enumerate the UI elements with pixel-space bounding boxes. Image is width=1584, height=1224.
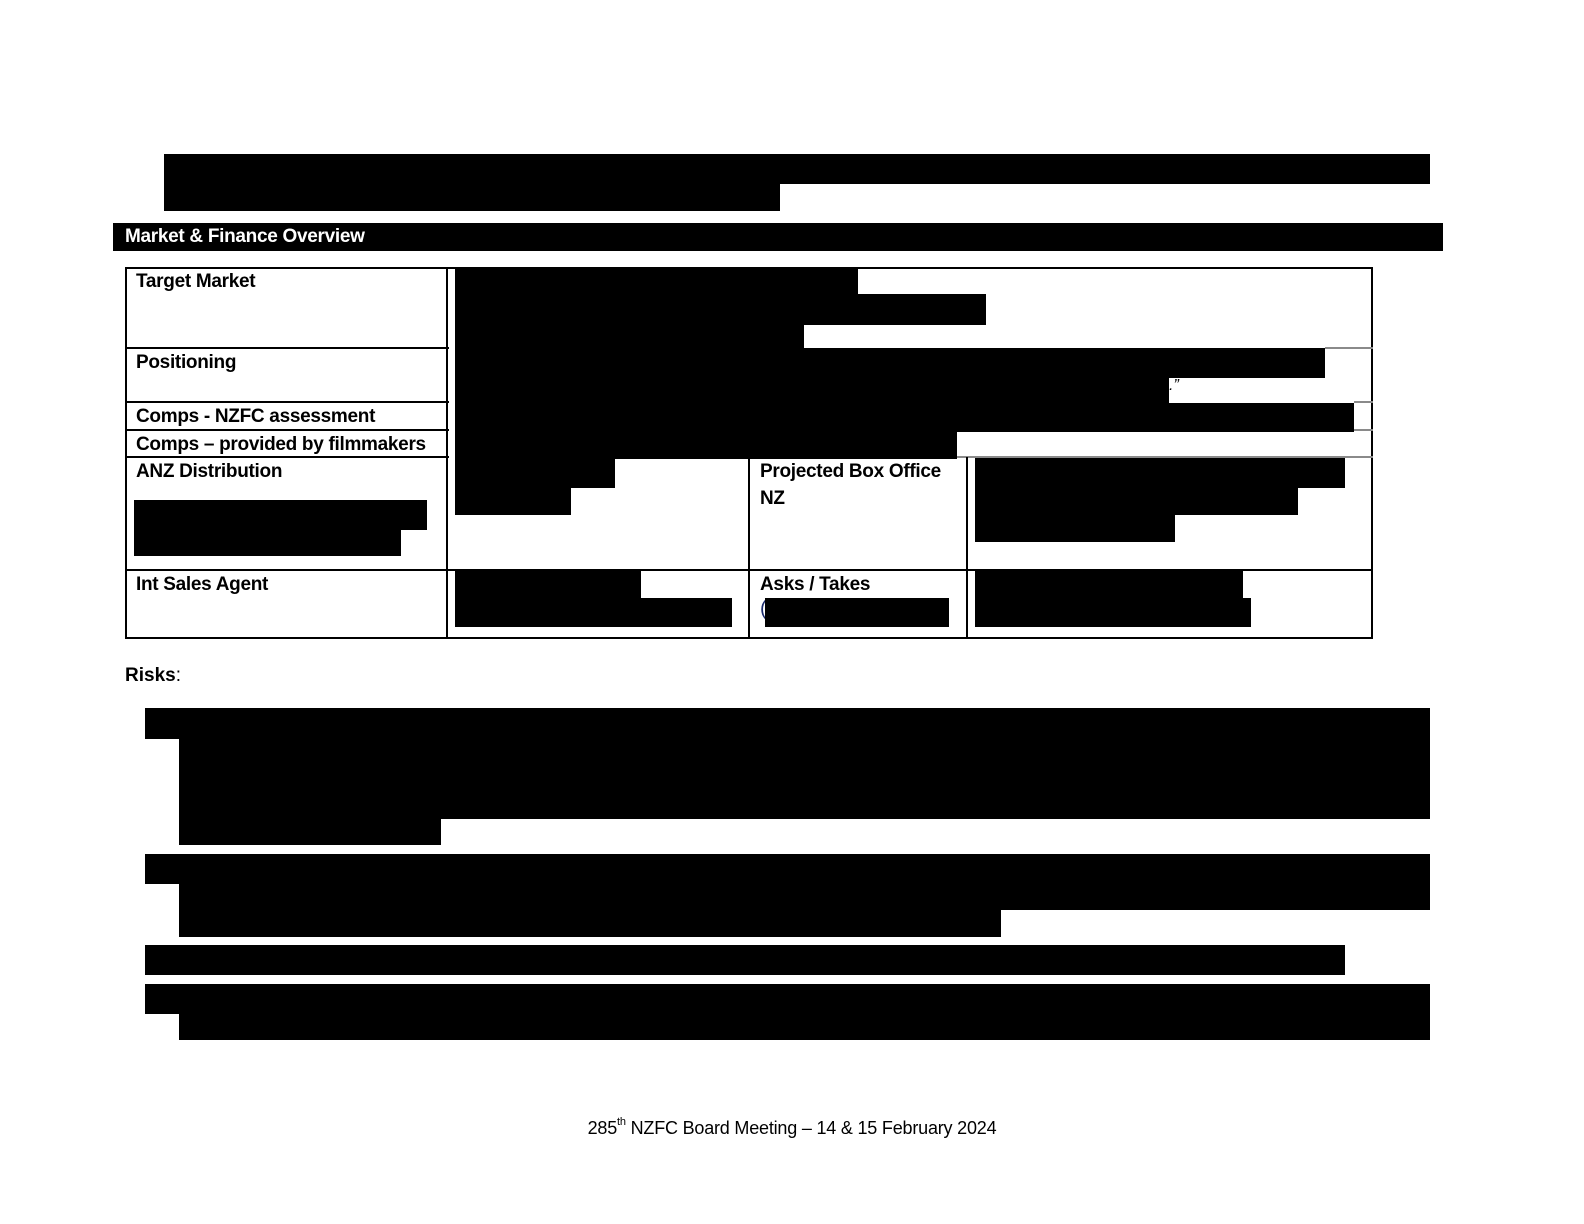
label-anz-distribution: ANZ Distribution	[136, 458, 282, 485]
label-asks-takes: Asks / Takes	[760, 571, 870, 598]
page-footer: 285th NZFC Board Meeting – 14 & 15 Febru…	[0, 1118, 1584, 1139]
section-title: Market & Finance Overview	[125, 226, 365, 248]
column-divider	[966, 457, 968, 639]
redaction-asks-takes	[975, 571, 1243, 599]
redaction-anz-distribution-sub	[134, 529, 401, 556]
redaction-risk-1	[179, 818, 441, 845]
redaction-asks-takes-sub	[765, 598, 949, 627]
redaction-asks-takes	[975, 598, 1251, 627]
redaction-projected-box-office	[975, 487, 1298, 515]
redaction-risk-4	[145, 984, 1430, 1014]
section-header: Market & Finance Overview	[113, 223, 1443, 251]
redaction-target-market	[455, 268, 858, 295]
redaction-anz-distribution	[455, 458, 615, 488]
redaction-intro-line-2	[164, 183, 780, 211]
redaction-int-sales-agent	[455, 571, 641, 599]
redaction-projected-box-office	[975, 514, 1175, 542]
redaction-positioning	[455, 377, 1169, 404]
label-positioning: Positioning	[136, 349, 236, 376]
risks-heading: Risks:	[125, 665, 181, 687]
redaction-target-market	[455, 324, 804, 350]
label-target-market: Target Market	[136, 268, 255, 295]
footer-ordinal: th	[617, 1116, 626, 1128]
redaction-risk-2	[145, 854, 1430, 884]
column-divider	[446, 267, 448, 639]
redaction-risk-2	[179, 909, 1001, 937]
redaction-intro-line-1	[164, 154, 1430, 184]
label-comps-filmmakers: Comps – provided by filmmakers	[136, 431, 426, 458]
redaction-positioning	[455, 348, 1325, 378]
redaction-int-sales-agent	[455, 598, 732, 627]
risks-label: Risks	[125, 665, 176, 686]
redaction-risk-1	[145, 708, 1430, 739]
row-divider	[1325, 347, 1373, 349]
redaction-target-market	[455, 294, 986, 325]
redaction-anz-distribution	[455, 487, 571, 515]
redaction-risk-4	[179, 1013, 1430, 1040]
redaction-risk-1	[179, 738, 1430, 819]
redaction-comps-nzfc	[455, 403, 1354, 432]
redaction-comps-filmmakers	[455, 431, 957, 459]
redaction-risk-3	[145, 945, 1345, 975]
label-projected-box-office-nz: NZ	[760, 485, 785, 512]
redaction-projected-box-office	[975, 458, 1345, 488]
redaction-risk-2	[179, 883, 1430, 910]
row-divider	[1354, 401, 1373, 403]
label-projected-box-office: Projected Box Office	[760, 458, 941, 485]
row-divider	[1354, 429, 1373, 431]
column-divider	[748, 457, 750, 639]
footer-text: NZFC Board Meeting – 14 & 15 February 20…	[626, 1118, 997, 1138]
label-int-sales-agent: Int Sales Agent	[136, 571, 268, 598]
footer-meeting-number: 285	[588, 1118, 617, 1138]
risks-colon: :	[176, 665, 181, 686]
redaction-anz-distribution-sub	[134, 500, 427, 530]
positioning-quote-fragment: .”	[1169, 377, 1179, 395]
label-comps-nzfc: Comps - NZFC assessment	[136, 403, 375, 430]
